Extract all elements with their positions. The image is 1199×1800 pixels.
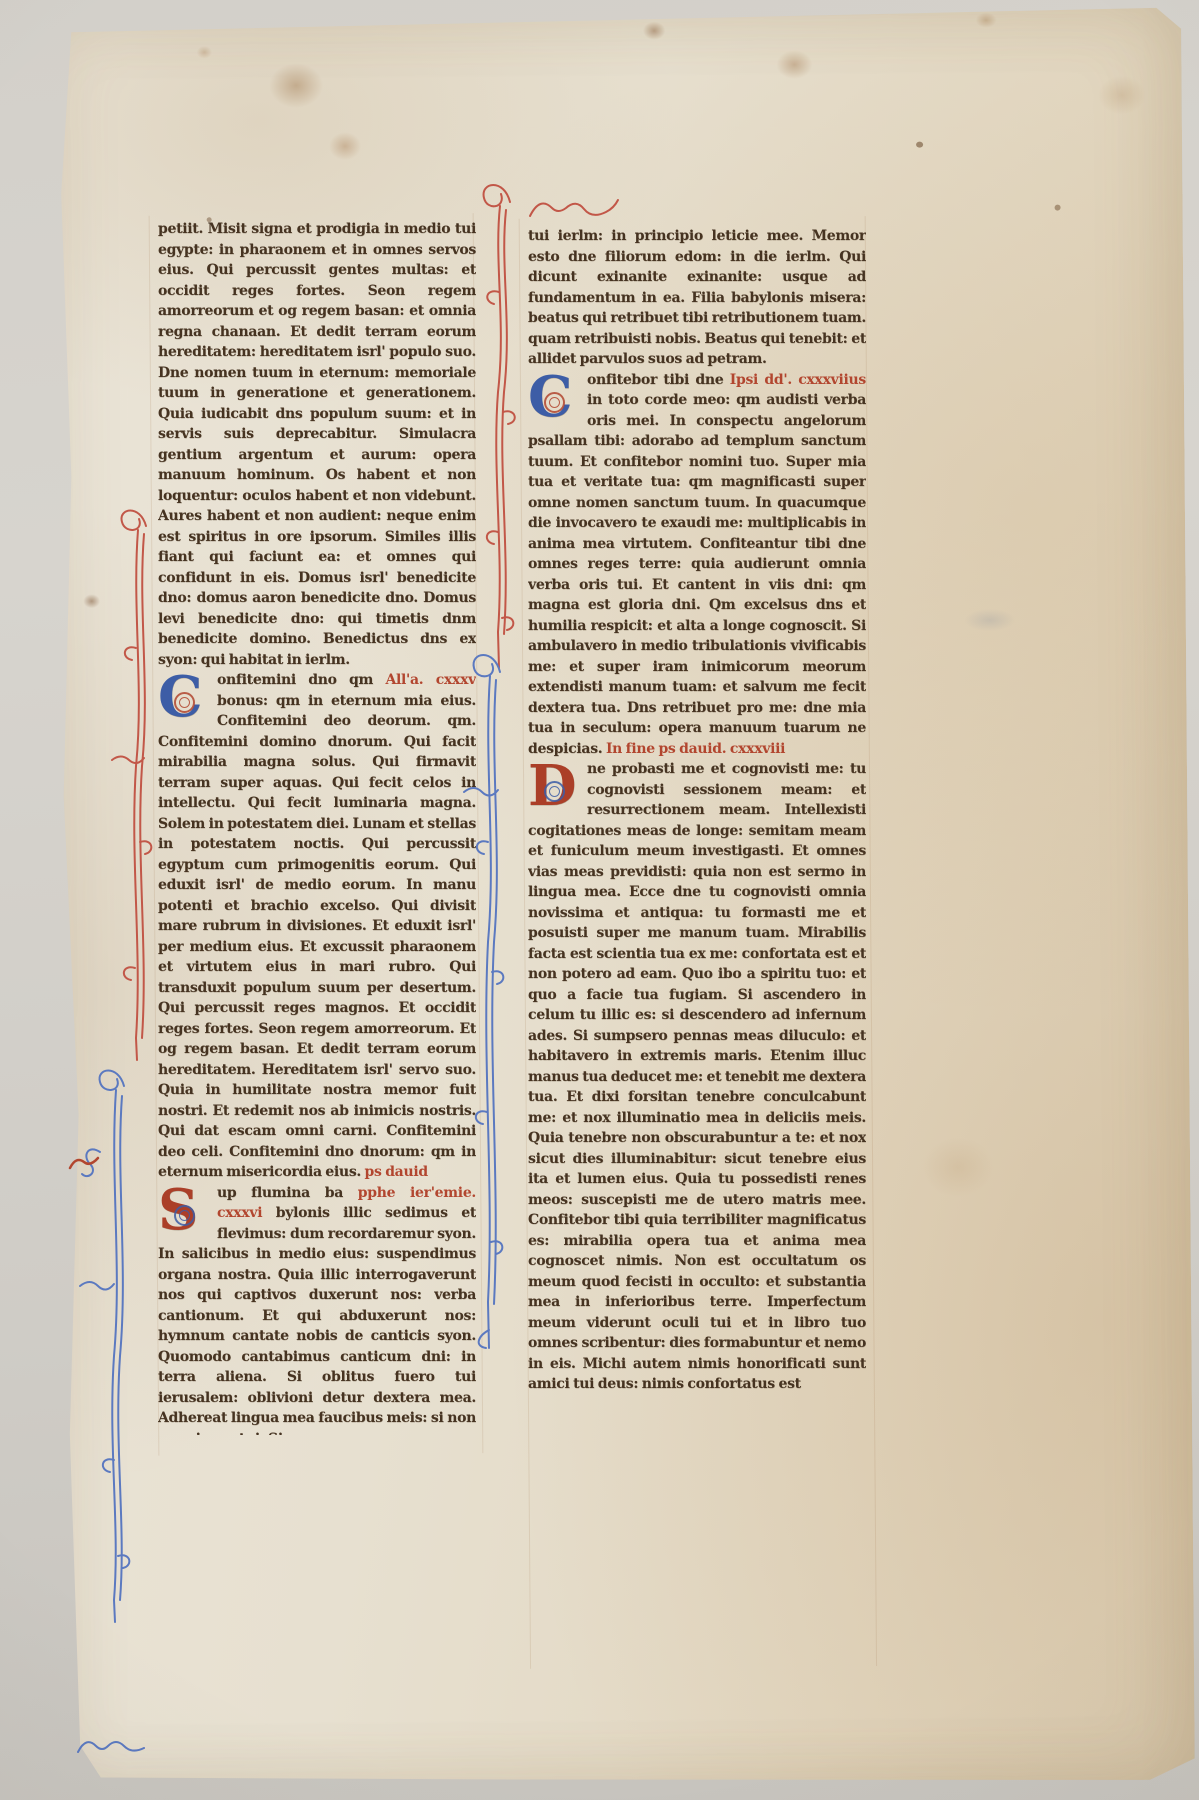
text-column-right: tui ierlm: in principio leticie mee. Mem… [528, 226, 866, 1650]
psalm-text-block: tui ierlm: in principio leticie mee. Mem… [528, 226, 866, 370]
body-text: onfitemini dno qm [217, 672, 385, 688]
body-text: up flumina ba [217, 1185, 358, 1201]
ink-smudge [956, 605, 1024, 636]
text-column-left: petiit. Misit signa et prodigia in medio… [158, 219, 476, 1435]
psalm-text-block: Dne probasti me et cognovisti me: tu cog… [528, 759, 866, 1395]
body-text: onfitebor tibi dne [587, 372, 730, 388]
rubric: ps dauid [365, 1164, 428, 1180]
illuminated-initial-D: D [528, 761, 580, 819]
body-text: in toto corde meo: qm audisti verba oris… [528, 392, 866, 757]
body-text: petiit. Misit signa et prodigia in medio… [158, 221, 476, 668]
psalm-text-block: petiit. Misit signa et prodigia in medio… [158, 219, 476, 670]
illuminated-initial-C: C [158, 672, 210, 730]
foxing-stain [193, 43, 215, 61]
speck [1055, 205, 1061, 211]
ruling-line [865, 216, 877, 1666]
rubric: All'a. cxxxv [385, 672, 476, 688]
foxing-stain [322, 126, 368, 166]
illuminated-initial-S: S [158, 1185, 210, 1243]
foxing-stain [80, 591, 104, 611]
psalm-text-block: Confitebor tibi dne Ipsi dd'. cxxxviius … [528, 370, 866, 760]
foxing-stain [258, 54, 333, 117]
body-text: tui ierlm: in principio leticie mee. Mem… [528, 228, 866, 367]
foxing-stain [1088, 68, 1154, 123]
illuminated-initial-C: C [528, 372, 580, 430]
filigree-spiral-icon [174, 1205, 195, 1226]
foxing-stain [638, 18, 670, 44]
body-text: ne probasti me et cognovisti me: tu cogn… [528, 761, 866, 1392]
speck [916, 142, 923, 148]
rubric: In fine ps dauid. cxxxviii [606, 741, 785, 757]
filigree-spiral-icon [544, 392, 565, 413]
psalm-text-block: Sup flumina ba pphe ier'emie. cxxxvi byl… [158, 1183, 476, 1436]
body-text: bonus: qm in eternum mia eius. Confitemi… [158, 693, 476, 1181]
psalm-text-block: Confitemini dno qm All'a. cxxxv bonus: q… [158, 670, 476, 1183]
filigree-spiral-icon [174, 692, 195, 713]
rubric: Ipsi dd'. cxxxviius [730, 372, 866, 388]
filigree-spiral-icon [544, 781, 565, 802]
foxing-stain [971, 9, 1001, 31]
photograph-of-manuscript-leaf: petiit. Misit signa et prodigia in medio… [0, 0, 1199, 1800]
foxing-stain [769, 44, 819, 84]
foxing-stain [910, 1127, 1007, 1208]
